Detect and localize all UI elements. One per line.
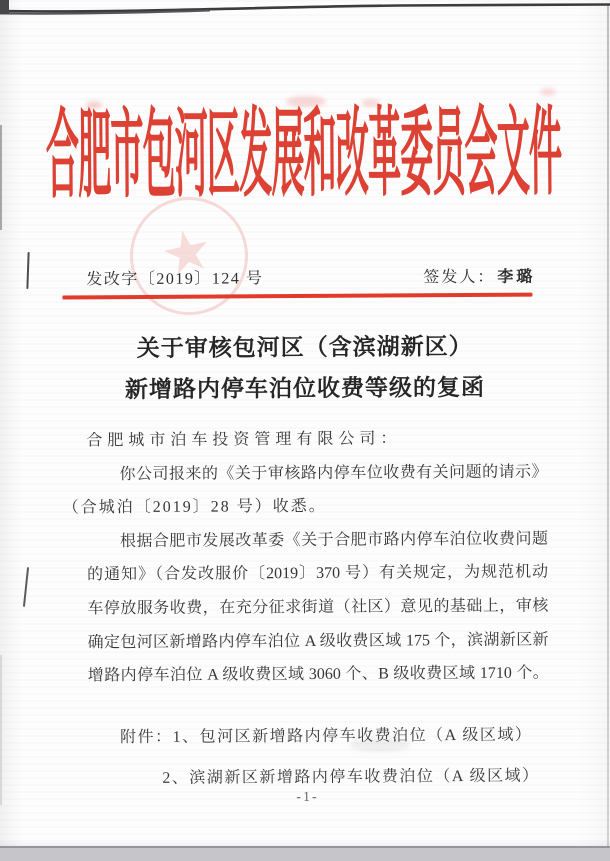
document-content: 合肥市包河区发展和改革委员会文件 发改字〔2019〕124 号 签发人：李璐 关…: [0, 0, 610, 861]
body-line: 你公司报来的《关于审核路内停车位收费有关问题的请示》: [86, 455, 547, 491]
attachment-item-1: 1、包河区新增路内停车收费泊位（A 级区域）: [173, 727, 533, 746]
scan-right-edge: [607, 4, 609, 849]
body-text: 合肥城市泊车投资管理有限公司： 你公司报来的《关于审核路内停车位收费有关问题的请…: [86, 422, 549, 694]
scan-bottom-band: [0, 846, 610, 861]
scan-left-edge-artifact: [0, 125, 2, 230]
attachment-line: 附件：1、包河区新增路内停车收费泊位（A 级区域）: [88, 714, 568, 758]
scan-top-edge: [0, 0, 610, 18]
masthead-title: 合肥市包河区发展和改革委员会文件: [46, 104, 562, 204]
signer: 签发人：李璐: [423, 264, 535, 288]
signer-label: 签发人：: [423, 269, 495, 286]
body-line: 根据合肥市发展改革委《关于合肥市路内停车泊位收费问题: [87, 522, 548, 558]
body-line: 的通知》（合发改服价〔2019〕370 号）有关规定，为规范机动: [87, 556, 548, 592]
body-line: 车停放服务收费，在充分征求街道（社区）意见的基础上，审核: [87, 589, 548, 625]
page-number: -1-: [2, 788, 610, 808]
scanned-document-page: 合肥市包河区发展和改革委员会文件 发改字〔2019〕124 号 签发人：李璐 关…: [0, 0, 610, 861]
body-lines: 你公司报来的《关于审核路内停车位收费有关问题的请示》（合城泊〔2019〕28 号…: [86, 455, 548, 693]
document-title-line2: 新增路内停车泊位收费等级的复函: [0, 366, 610, 411]
masthead: 合肥市包河区发展和改革委员会文件: [0, 104, 609, 208]
reference-row: 发改字〔2019〕124 号 签发人：李璐: [86, 264, 535, 290]
document-title-line1: 关于审核包河区（含滨湖新区）: [0, 325, 610, 370]
body-line: 确定包河区新增路内停车泊位 A 级收费区域 175 个，滨湖新区新: [87, 623, 548, 659]
document-number: 发改字〔2019〕124 号: [86, 265, 263, 289]
salutation: 合肥城市泊车投资管理有限公司：: [86, 422, 547, 458]
red-divider-rule: [62, 293, 532, 300]
attachment-item-2: 2、滨湖新区新增路内停车收费泊位（A 级区域）: [162, 768, 539, 787]
scan-corner-artifact: [0, 0, 9, 14]
body-line: 增路内停车泊位 A 级收费区域 3060 个、B 级收费区域 1710 个。: [88, 657, 549, 693]
body-line: （合城泊〔2019〕28 号）收悉。: [63, 489, 548, 526]
scan-left-edge-artifact: [0, 655, 2, 805]
signer-name: 李璐: [497, 269, 535, 286]
attachments-label: 附件：: [120, 729, 173, 746]
document-title: 关于审核包河区（含滨湖新区） 新增路内停车泊位收费等级的复函: [0, 325, 610, 411]
attachments: 附件：1、包河区新增路内停车收费泊位（A 级区域） 2、滨湖新区新增路内停车收费…: [88, 714, 568, 799]
